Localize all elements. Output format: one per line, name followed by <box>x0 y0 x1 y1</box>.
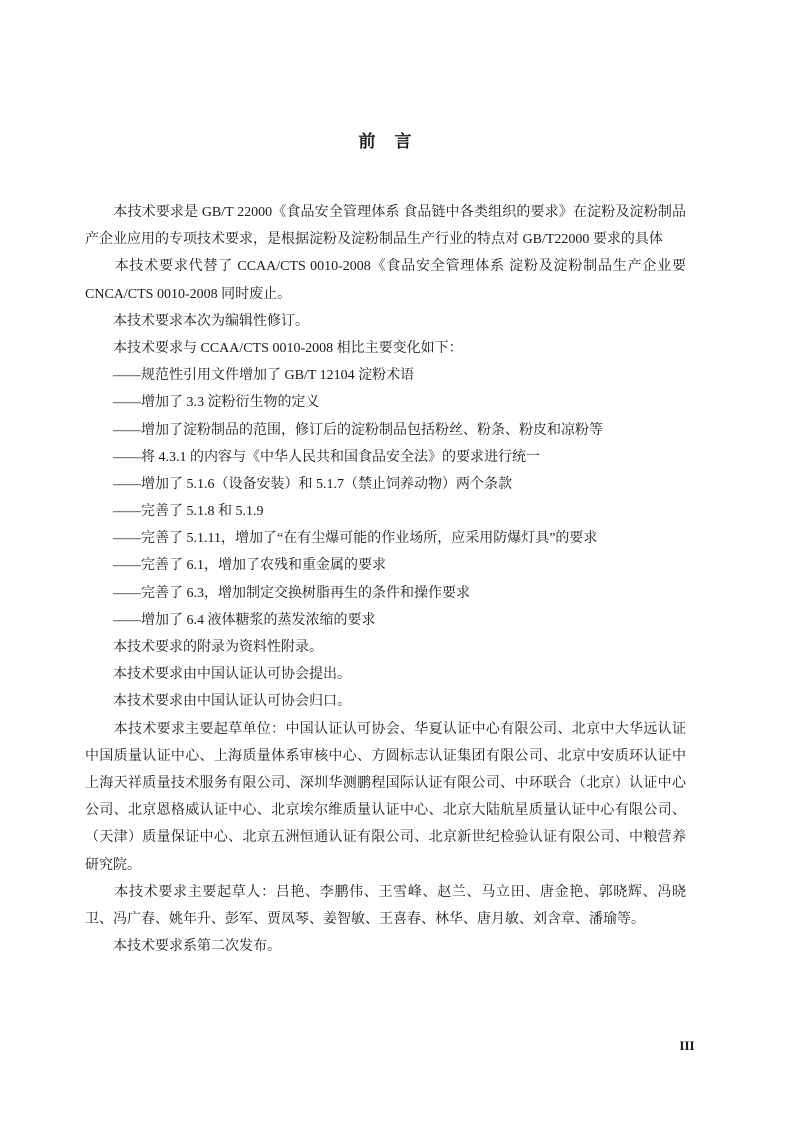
text-line: 本技术要求与 CCAA/CTS 0010-2008 相比主要变化如下： <box>85 335 686 362</box>
text-line: 本技术要求由中国认证认可协会提出。 <box>85 661 686 688</box>
text-line: 本技术要求本次为编辑性修订。 <box>85 308 686 335</box>
text-line: ——完善了 5.1.11，增加了“在有尘爆可能的作业场所，应采用防爆灯具”的要求 <box>85 525 686 552</box>
text-line: 上海天祥质量技术服务有限公司、深圳华测鹏程国际认证有限公司、中环联合（北京）认证… <box>85 770 686 797</box>
text-line: CNCA/CTS 0010-2008 同时废止。 <box>85 281 686 308</box>
document-page: 前 言 本技术要求是 GB/T 22000《食品安全管理体系 食品链中各类组织的… <box>0 0 793 1122</box>
document-body: 本技术要求是 GB/T 22000《食品安全管理体系 食品链中各类组织的要求》在… <box>85 199 686 960</box>
text-line: ——将 4.3.1 的内容与《中华人民共和国食品安全法》的要求进行统一 <box>85 444 686 471</box>
text-line: ——增加了淀粉制品的范围，修订后的淀粉制品包括粉丝、粉条、粉皮和凉粉等 <box>85 417 686 444</box>
text-line: ——增加了 6.4 液体糖浆的蒸发浓缩的要求 <box>85 607 686 634</box>
text-line: ——完善了 6.3，增加制定交换树脂再生的条件和操作要求 <box>85 580 686 607</box>
text-line: 产企业应用的专项技术要求，是根据淀粉及淀粉制品生产行业的特点对 GB/T2200… <box>85 226 686 253</box>
text-line: ——增加了 5.1.6（设备安装）和 5.1.7（禁止饲养动物）两个条款 <box>85 471 686 498</box>
text-line: 本技术要求由中国认证认可协会归口。 <box>85 688 686 715</box>
text-line: 本技术要求是 GB/T 22000《食品安全管理体系 食品链中各类组织的要求》在… <box>85 199 686 226</box>
text-line: 本技术要求主要起草人：吕艳、李鹏伟、王雪峰、赵兰、马立田、唐金艳、郭晓辉、冯晓红… <box>85 879 686 906</box>
text-line: 本技术要求系第二次发布。 <box>85 933 686 960</box>
text-line: ——规范性引用文件增加了 GB/T 12104 淀粉术语 <box>85 362 686 389</box>
text-line: 公司、北京恩格威认证中心、北京埃尔维质量认证中心、北京大陆航星质量认证中心有限公… <box>85 797 686 824</box>
text-line: 中国质量认证中心、上海质量体系审核中心、方圆标志认证集团有限公司、北京中安质环认… <box>85 743 686 770</box>
text-line: 本技术要求的附录为资料性附录。 <box>85 634 686 661</box>
text-line: 研究院。 <box>85 852 686 879</box>
text-line: ——完善了 5.1.8 和 5.1.9 <box>85 498 686 525</box>
page-title: 前 言 <box>85 127 686 152</box>
page-number: III <box>662 1038 712 1054</box>
text-line: ——增加了 3.3 淀粉衍生物的定义 <box>85 389 686 416</box>
text-line: 本技术要求代替了 CCAA/CTS 0010-2008《食品安全管理体系 淀粉及… <box>85 253 686 280</box>
text-line: 本技术要求主要起草单位：中国认证认可协会、华夏认证中心有限公司、北京中大华远认证… <box>85 716 686 743</box>
text-line: （天津）质量保证中心、北京五洲恒通认证有限公司、北京新世纪检验认证有限公司、中粮… <box>85 824 686 851</box>
text-line: 卫、冯广春、姚年升、彭军、贾凤琴、姜智敏、王喜春、林华、唐月敏、刘含章、潘瑜等。 <box>85 906 686 933</box>
text-line: ——完善了 6.1，增加了农残和重金属的要求 <box>85 552 686 579</box>
